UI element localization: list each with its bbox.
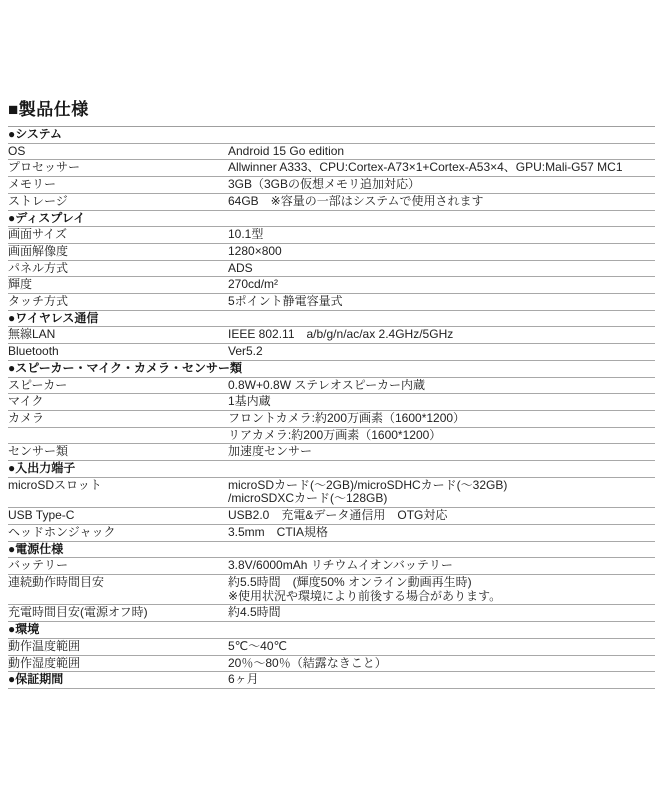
row-speaker-mic-camera-sensor-section: ●スピーカー・マイク・カメラ・センサー類 — [8, 361, 655, 378]
spec-label: 画面サイズ — [8, 228, 228, 242]
spec-section-label: ●環境 — [8, 623, 228, 637]
spec-value: IEEE 802.11 a/b/g/n/ac/ax 2.4GHz/5GHz — [228, 328, 655, 342]
row-operating-humidity: 動作湿度範囲 20％～80％（結露なきこと） — [8, 656, 655, 673]
row-memory: メモリー 3GB（3GBの仮想メモリ追加対応） — [8, 177, 655, 194]
row-usb-type-c: USB Type-C USB2.0 充電&データ通信用 OTG対応 — [8, 508, 655, 525]
spec-label: USB Type-C — [8, 509, 228, 523]
spec-label: パネル方式 — [8, 262, 228, 276]
row-environment-section: ●環境 — [8, 622, 655, 639]
spec-value: Android 15 Go edition — [228, 145, 655, 159]
spec-label: マイク — [8, 395, 228, 409]
spec-value: 1280×800 — [228, 245, 655, 259]
row-battery: バッテリー 3.8V/6000mAh リチウムイオンバッテリー — [8, 558, 655, 575]
row-camera-front: カメラ フロントカメラ:約200万画素（1600*1200） — [8, 411, 655, 428]
spec-label: microSDスロット — [8, 479, 228, 493]
spec-value: 5ポイント静電容量式 — [228, 295, 655, 309]
row-mic: マイク 1基内蔵 — [8, 394, 655, 411]
row-wlan: 無線LAN IEEE 802.11 a/b/g/n/ac/ax 2.4GHz/5… — [8, 327, 655, 344]
row-microsd-slot: microSDスロット microSDカード(～2GB)/microSDHCカー… — [8, 478, 655, 508]
spec-value: 1基内蔵 — [228, 395, 655, 409]
spec-value: Ver5.2 — [228, 345, 655, 359]
spec-value: 270cd/m² — [228, 278, 655, 292]
spec-value: microSDカード(～2GB)/microSDHCカード(～32GB) /mi… — [228, 479, 655, 506]
spec-label: 輝度 — [8, 278, 228, 292]
row-display-section: ●ディスプレイ — [8, 211, 655, 228]
spec-label: スピーカー — [8, 379, 228, 393]
spec-section-label: ●ワイヤレス通信 — [8, 312, 228, 326]
spec-value: リアカメラ:約200万画素（1600*1200） — [228, 429, 655, 443]
spec-label: ヘッドホンジャック — [8, 526, 228, 540]
spec-section-label: ●ディスプレイ — [8, 212, 228, 226]
row-battery-life: 連続動作時間目安 約5.5時間 (輝度50% オンライン動画再生時) ※使用状況… — [8, 575, 655, 605]
spec-label: バッテリー — [8, 559, 228, 573]
spec-label: 連続動作時間目安 — [8, 576, 228, 590]
row-sensors: センサー類 加速度センサー — [8, 444, 655, 461]
spec-value: 3GB（3GBの仮想メモリ追加対応） — [228, 178, 655, 192]
spec-label: OS — [8, 145, 228, 159]
spec-value: 約4.5時間 — [228, 606, 655, 620]
spec-value: 20％～80％（結露なきこと） — [228, 657, 655, 671]
spec-value: 約5.5時間 (輝度50% オンライン動画再生時) ※使用状況や環境により前後す… — [228, 576, 655, 603]
spec-value: 3.5mm CTIA規格 — [228, 526, 655, 540]
spec-value: 加速度センサー — [228, 445, 655, 459]
spec-section-label: ●保証期間 — [8, 673, 228, 687]
spec-label: Bluetooth — [8, 345, 228, 359]
row-screen-size: 画面サイズ 10.1型 — [8, 227, 655, 244]
row-headphone-jack: ヘッドホンジャック 3.5mm CTIA規格 — [8, 525, 655, 542]
row-io-section: ●入出力端子 — [8, 461, 655, 478]
row-camera-rear: リアカメラ:約200万画素（1600*1200） — [8, 428, 655, 445]
row-storage: ストレージ 64GB ※容量の一部はシステムで使用されます — [8, 194, 655, 211]
row-charge-time: 充電時間目安(電源オフ時) 約4.5時間 — [8, 605, 655, 622]
row-os: OS Android 15 Go edition — [8, 144, 655, 161]
spec-value: 3.8V/6000mAh リチウムイオンバッテリー — [228, 559, 655, 573]
row-bluetooth: Bluetooth Ver5.2 — [8, 344, 655, 361]
spec-sheet-page: ■製品仕様 ●システム OS Android 15 Go edition プロセ… — [0, 0, 667, 800]
row-operating-temperature: 動作温度範囲 5℃～40℃ — [8, 639, 655, 656]
spec-label: メモリー — [8, 178, 228, 192]
spec-label: 動作温度範囲 — [8, 640, 228, 654]
spec-label: プロセッサー — [8, 161, 228, 175]
row-warranty-section: ●保証期間 6ヶ月 — [8, 672, 655, 689]
spec-value: 6ヶ月 — [228, 673, 655, 687]
spec-value: 0.8W+0.8W ステレオスピーカー内蔵 — [228, 379, 655, 393]
row-speaker: スピーカー 0.8W+0.8W ステレオスピーカー内蔵 — [8, 378, 655, 395]
spec-value: 64GB ※容量の一部はシステムで使用されます — [228, 195, 655, 209]
row-wireless-section: ●ワイヤレス通信 — [8, 311, 655, 328]
row-processor: プロセッサー Allwinner A333、CPU:Cortex-A73×1+C… — [8, 160, 655, 177]
spec-label: タッチ方式 — [8, 295, 228, 309]
spec-label: 動作湿度範囲 — [8, 657, 228, 671]
spec-label: ストレージ — [8, 195, 228, 209]
spec-table: ■製品仕様 ●システム OS Android 15 Go edition プロセ… — [8, 100, 655, 689]
spec-section-label: ●システム — [8, 128, 228, 142]
spec-value: 5℃～40℃ — [228, 640, 655, 654]
spec-section-label: ●スピーカー・マイク・カメラ・センサー類 — [8, 362, 242, 376]
spec-label: センサー類 — [8, 445, 228, 459]
row-panel-type: パネル方式 ADS — [8, 261, 655, 278]
spec-label: カメラ — [8, 412, 228, 426]
spec-value: Allwinner A333、CPU:Cortex-A73×1+Cortex-A… — [228, 161, 655, 175]
row-brightness: 輝度 270cd/m² — [8, 277, 655, 294]
spec-value: USB2.0 充電&データ通信用 OTG対応 — [228, 509, 655, 523]
spec-section-label: ●入出力端子 — [8, 462, 228, 476]
row-power-section: ●電源仕様 — [8, 542, 655, 559]
row-system-section: ●システム — [8, 127, 655, 144]
spec-label: 無線LAN — [8, 328, 228, 342]
spec-value: 10.1型 — [228, 228, 655, 242]
spec-value: ADS — [228, 262, 655, 276]
spec-value: フロントカメラ:約200万画素（1600*1200） — [228, 412, 655, 426]
row-resolution: 画面解像度 1280×800 — [8, 244, 655, 261]
spec-section-label: ●電源仕様 — [8, 543, 228, 557]
spec-label: 充電時間目安(電源オフ時) — [8, 606, 228, 620]
page-title: ■製品仕様 — [8, 100, 655, 127]
spec-label: 画面解像度 — [8, 245, 228, 259]
row-touch-type: タッチ方式 5ポイント静電容量式 — [8, 294, 655, 311]
